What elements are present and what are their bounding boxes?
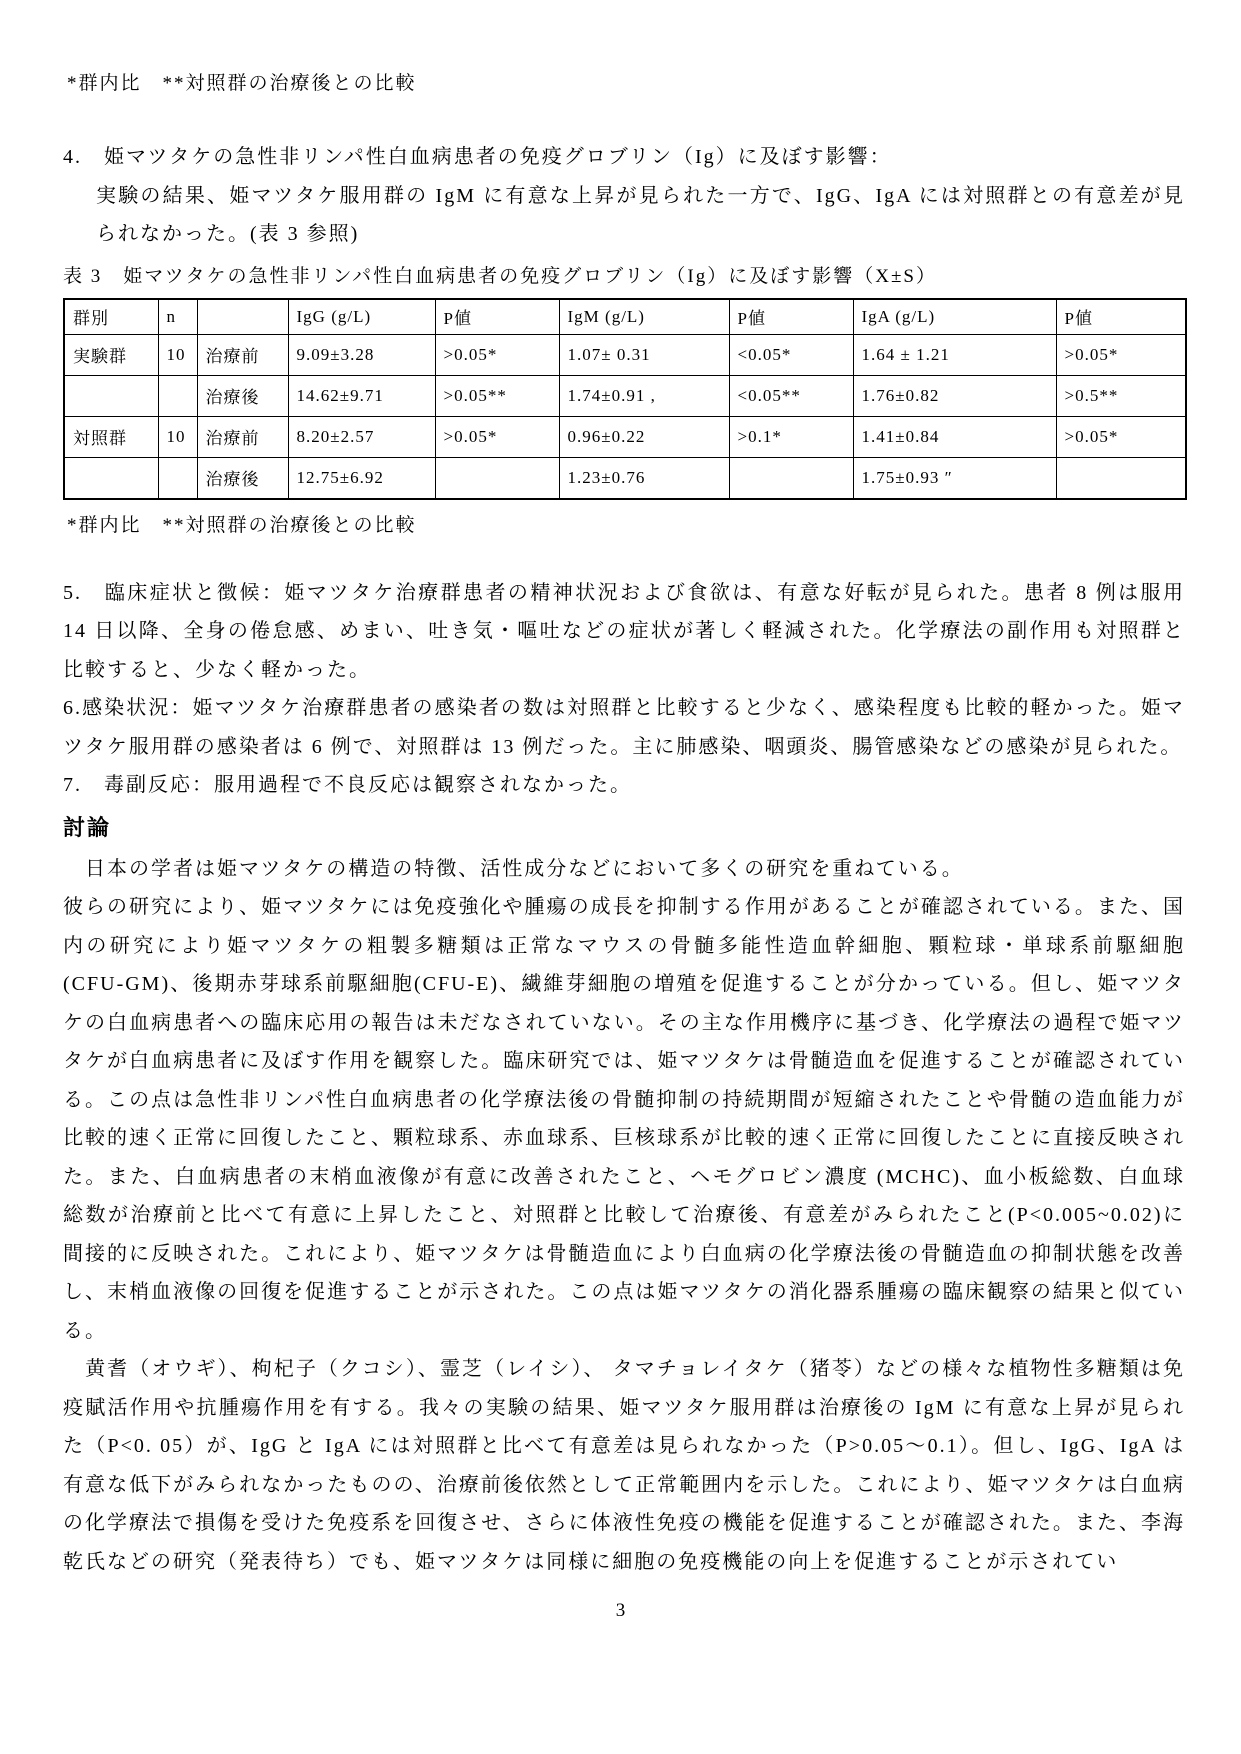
- table-cell: >0.05*: [435, 416, 559, 457]
- page-number: 3: [0, 1600, 1241, 1622]
- table-cell: 1.23±0.76: [559, 457, 729, 499]
- discussion-heading: 討論: [63, 811, 1185, 842]
- table-header-cell: P値: [435, 299, 559, 335]
- discussion-paragraph-2: 彼らの研究により、姫マツタケには免疫強化や腫瘍の成長を抑制する作用があることが確…: [63, 888, 1185, 1350]
- table-3-footnote: *群内比 **対照群の治療後との比較: [67, 512, 1185, 540]
- table-row: 治療後 14.62±9.71 >0.05** 1.74±0.91 , <0.05…: [64, 375, 1186, 416]
- table-cell: 0.96±0.22: [559, 416, 729, 457]
- table-cell: [64, 375, 158, 416]
- table-row: 治療後 12.75±6.92 1.23±0.76 1.75±0.93 ″: [64, 457, 1186, 499]
- table-3-caption: 表 3 姫マツタケの急性非リンパ性白血病患者の免疫グロブリン（Ig）に及ぼす影響…: [63, 262, 1185, 292]
- table-cell: 治療後: [197, 375, 288, 416]
- table-cell: 治療前: [197, 416, 288, 457]
- table-cell: >0.1*: [729, 416, 853, 457]
- table-cell: [158, 457, 197, 499]
- table-cell: >0.5**: [1056, 375, 1186, 416]
- table-cell: >0.05*: [1056, 416, 1186, 457]
- table-cell: [435, 457, 559, 499]
- table-cell: <0.05*: [729, 334, 853, 375]
- discussion-paragraph-3: 黄耆（オウギ）、枸杞子（クコシ）、霊芝（レイシ）、 タマチョレイタケ（猪苓）など…: [63, 1350, 1185, 1581]
- table-3: 群別 n IgG (g/L) P値 IgM (g/L) P値 IgA (g/L)…: [63, 298, 1187, 500]
- table-cell: [158, 375, 197, 416]
- table-cell: <0.05**: [729, 375, 853, 416]
- section-7-paragraph: 7. 毒副反応：服用過程で不良反応は観察されなかった。: [63, 766, 1185, 805]
- discussion-paragraph-1: 日本の学者は姫マツタケの構造の特徴、活性成分などにおいて多くの研究を重ねている。: [63, 850, 1185, 889]
- section-5-paragraph: 5. 臨床症状と徴候：姫マツタケ治療群患者の精神状況および食欲は、有意な好転が見…: [63, 574, 1185, 690]
- table-row: 対照群 10 治療前 8.20±2.57 >0.05* 0.96±0.22 >0…: [64, 416, 1186, 457]
- table-header-cell: 群別: [64, 299, 158, 335]
- table-cell: 12.75±6.92: [288, 457, 435, 499]
- table-cell: 9.09±3.28: [288, 334, 435, 375]
- table-cell: 10: [158, 334, 197, 375]
- table-header-cell: P値: [1056, 299, 1186, 335]
- table-cell: 治療前: [197, 334, 288, 375]
- document-page: *群内比 **対照群の治療後との比較 4. 姫マツタケの急性非リンパ性白血病患者…: [0, 0, 1241, 1754]
- table-row: 実験群 10 治療前 9.09±3.28 >0.05* 1.07± 0.31 <…: [64, 334, 1186, 375]
- table-cell: [64, 457, 158, 499]
- table-cell: 治療後: [197, 457, 288, 499]
- table-cell: >0.05*: [435, 334, 559, 375]
- table-cell: 1.74±0.91 ,: [559, 375, 729, 416]
- table-cell: [1056, 457, 1186, 499]
- section-4-body: 実験の結果、姫マツタケ服用群の IgM に有意な上昇が見られた一方で、IgG、I…: [96, 177, 1185, 254]
- table-cell: 1.07± 0.31: [559, 334, 729, 375]
- table-cell: 対照群: [64, 416, 158, 457]
- table-cell: 実験群: [64, 334, 158, 375]
- section-6-paragraph: 6.感染状況：姫マツタケ治療群患者の感染者の数は対照群と比較すると少なく、感染程…: [63, 689, 1185, 766]
- table-cell: 1.75±0.93 ″: [853, 457, 1056, 499]
- table-header-cell: IgM (g/L): [559, 299, 729, 335]
- table-cell: >0.05**: [435, 375, 559, 416]
- table-header-row: 群別 n IgG (g/L) P値 IgM (g/L) P値 IgA (g/L)…: [64, 299, 1186, 335]
- table-header-cell: IgA (g/L): [853, 299, 1056, 335]
- table-header-cell: n: [158, 299, 197, 335]
- table-header-cell: [197, 299, 288, 335]
- previous-table-footnote: *群内比 **対照群の治療後との比較: [67, 70, 1185, 98]
- table-cell: 1.64 ± 1.21: [853, 334, 1056, 375]
- table-header-cell: IgG (g/L): [288, 299, 435, 335]
- table-cell: 10: [158, 416, 197, 457]
- table-cell: 1.41±0.84: [853, 416, 1056, 457]
- section-4-heading: 4. 姫マツタケの急性非リンパ性白血病患者の免疫グロブリン（Ig）に及ぼす影響：: [63, 138, 1185, 177]
- table-cell: >0.05*: [1056, 334, 1186, 375]
- table-cell: 14.62±9.71: [288, 375, 435, 416]
- table-cell: 1.76±0.82: [853, 375, 1056, 416]
- table-header-cell: P値: [729, 299, 853, 335]
- table-cell: [729, 457, 853, 499]
- table-cell: 8.20±2.57: [288, 416, 435, 457]
